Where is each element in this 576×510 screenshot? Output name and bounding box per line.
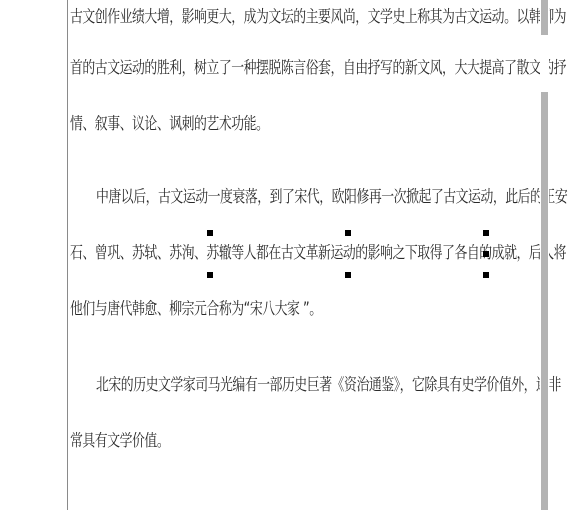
scrollbar-thumb[interactable] [541,92,548,510]
paragraph-2-line-2: 石、曾巩、苏轼、苏洵、苏辙等人都在古文革新运动的影响之下取得了各自的成就，后人将 [70,243,429,263]
resize-handle-top-left[interactable] [207,230,213,236]
resize-handle-bottom-left[interactable] [207,272,213,278]
resize-handle-bottom-center[interactable] [345,272,351,278]
paragraph-1-line-1: 古文创作业绩大增，影响更大，成为文坛的主要风尚，文学史上称其为古文运动。以韩柳为 [70,7,429,27]
resize-handle-top-center[interactable] [345,230,351,236]
resize-handle-middle-right[interactable] [483,251,489,257]
resize-handle-bottom-right[interactable] [483,272,489,278]
scrollbar-segment-top[interactable] [541,0,548,35]
paragraph-3-line-2: 常具有文学价值。 [70,431,429,451]
paragraph-3-line-1: 北宋的历史文学家司马光编有一部历史巨著《资治通鉴》，它除具有史学价值外，还非 [96,375,455,395]
paragraph-2-line-3: 他们与唐代韩愈、柳宗元合称为“宋八大家 ”。 [70,299,429,319]
paragraph-2-line-1: 中唐以后，古文运动一度衰落，到了宋代，欧阳修再一次掀起了古文运动，此后的王安 [96,187,455,207]
paragraph-1-line-3: 情、叙事、议论、讽刺的艺术功能。 [70,114,429,134]
paragraph-1-line-2: 首的古文运动的胜利，树立了一种摆脱陈言俗套，自由抒写的新文风，大大提高了散文的抒 [70,58,429,78]
page-margin-line [67,0,68,510]
resize-handle-top-right[interactable] [483,230,489,236]
